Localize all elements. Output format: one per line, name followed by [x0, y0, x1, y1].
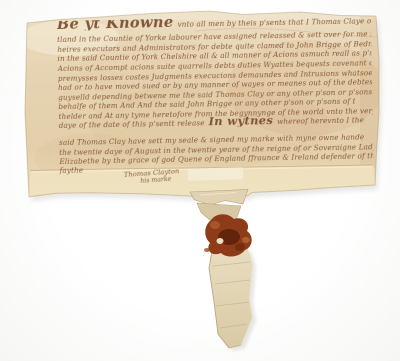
- deed-photo: [0, 0, 400, 361]
- seal-tag-upper-fold: [190, 190, 248, 206]
- parchment-stain: [360, 16, 379, 168]
- wax-seal-crumb: [204, 248, 210, 252]
- wax-seal: [204, 214, 252, 256]
- plica-light-patch: [188, 167, 243, 180]
- seal-tag: [190, 190, 256, 352]
- wax-seal-dark-area: [235, 243, 245, 251]
- photo-canvas: Be yt Knowne vnto all men by theis p'sen…: [0, 0, 400, 361]
- wax-seal-light-area: [242, 237, 250, 243]
- wax-seal-gap: [217, 238, 224, 244]
- wax-seal-light-area: [210, 221, 220, 229]
